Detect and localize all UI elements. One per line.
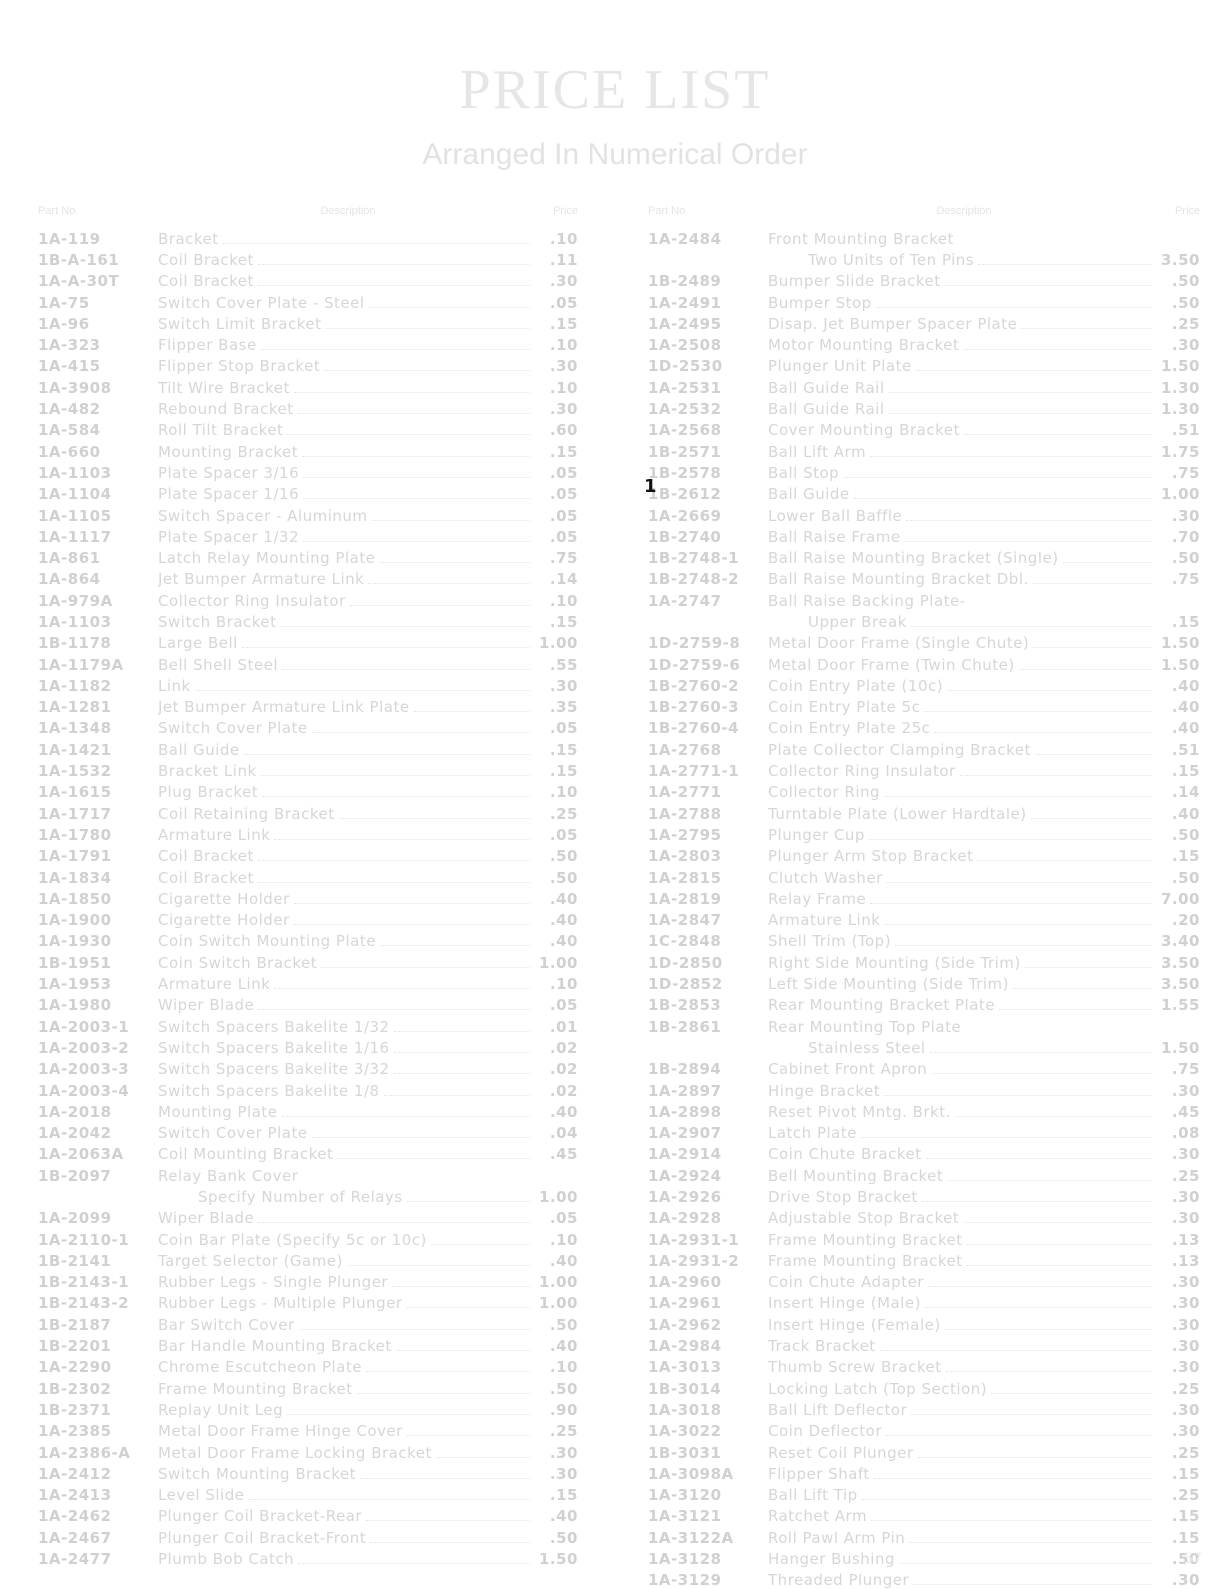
description: Front Mounting Bracket	[768, 230, 954, 248]
table-row: 1A-2003-2Switch Spacers Bakelite 1/16.02	[38, 1037, 578, 1058]
table-row: 1A-1930Coin Switch Mounting Plate.40	[38, 931, 578, 952]
price: .51	[1156, 421, 1200, 439]
price: .40	[534, 890, 578, 908]
description-cell: Target Selector (Game)	[158, 1252, 534, 1270]
description-cell: Ratchet Arm	[768, 1507, 1156, 1525]
table-row: 1A-660Mounting Bracket.15	[38, 441, 578, 462]
part-number: 1A-2003-4	[38, 1082, 158, 1100]
description: Flipper Base	[158, 336, 257, 354]
description: Replay Unit Leg	[158, 1401, 283, 1419]
part-number: 1A-323	[38, 336, 158, 354]
description-cell: Reset Coil Plunger	[768, 1444, 1156, 1462]
description-cell: Coil Mounting Bracket	[158, 1145, 534, 1163]
dot-leader	[324, 362, 530, 371]
table-row: 1A-323Flipper Base.10	[38, 334, 578, 355]
description: Armature Link	[158, 975, 270, 993]
description-cell: Insert Hinge (Female)	[768, 1316, 1156, 1334]
part-number: 1B-2740	[648, 528, 768, 546]
part-number: 1A-2931-1	[648, 1231, 768, 1249]
price: .14	[1156, 783, 1200, 801]
description-cell: Coin Chute Bracket	[768, 1145, 1156, 1163]
table-row: 1B-2861Rear Mounting Top Plate	[648, 1016, 1200, 1037]
column-header: Part No. Description Price	[648, 200, 1200, 222]
price: 7.00	[1156, 890, 1200, 908]
table-row: 1A-2961Insert Hinge (Male).30	[648, 1293, 1200, 1314]
description: Switch Spacers Bakelite 1/32	[158, 1018, 390, 1036]
table-row: 1D-2759-8Metal Door Frame (Single Chute)…	[648, 633, 1200, 654]
description-cell: Locking Latch (Top Section)	[768, 1380, 1156, 1398]
description-cell: Ball Raise Backing Plate-	[768, 592, 1156, 610]
description: Large Bell	[158, 634, 238, 652]
dot-leader	[870, 895, 1152, 904]
price: .70	[1156, 528, 1200, 546]
right-column: Part No. Description Price 1A-2484Front …	[648, 200, 1200, 1589]
description: Wiper Blade	[158, 996, 254, 1014]
dot-leader	[870, 448, 1152, 457]
description-cell: Cabinet Front Apron	[768, 1060, 1156, 1078]
part-number: 1A-2907	[648, 1124, 768, 1142]
part-number: 1B-2760-3	[648, 698, 768, 716]
table-row: 1A-2960Coin Chute Adapter.30	[648, 1272, 1200, 1293]
table-row: 1A-2803Plunger Arm Stop Bracket.15	[648, 846, 1200, 867]
description-cell: Flipper Stop Bracket	[158, 357, 534, 375]
description: Switch Spacers Bakelite 1/8	[158, 1082, 380, 1100]
part-number: 1A-1103	[38, 464, 158, 482]
table-row: Stainless Steel1.50	[648, 1037, 1200, 1058]
table-row: 1A-3129Threaded Plunger.30	[648, 1570, 1200, 1589]
dot-leader	[347, 1257, 530, 1266]
description: Ball Lift Deflector	[768, 1401, 907, 1419]
description-cell: Switch Cover Plate	[158, 1124, 534, 1142]
table-row: 1A-1103Plate Spacer 3/16.05	[38, 462, 578, 483]
description: Latch Relay Mounting Plate	[158, 549, 375, 567]
table-row: 1A-2099Wiper Blade.05	[38, 1208, 578, 1229]
dot-leader	[963, 1214, 1152, 1223]
description: Cigarette Holder	[158, 890, 290, 908]
description-cell: Stainless Steel	[768, 1039, 1156, 1057]
description-cell: Plate Spacer 1/16	[158, 485, 534, 503]
table-row: 1A-2788Turntable Plate (Lower Hardtale).…	[648, 803, 1200, 824]
table-row: 1A-1791Coil Bracket.50	[38, 846, 578, 867]
description-cell: Right Side Mounting (Side Trim)	[768, 954, 1156, 972]
table-row: 1B-2740Ball Raise Frame.70	[648, 526, 1200, 547]
table-row: 1A-2018Mounting Plate.40	[38, 1101, 578, 1122]
part-number: 1A-2924	[648, 1167, 768, 1185]
description: Relay Frame	[768, 890, 866, 908]
table-row: 1A-2926Drive Stop Bracket.30	[648, 1186, 1200, 1207]
dot-leader	[394, 1023, 530, 1032]
dot-leader	[360, 1470, 530, 1479]
table-row: 1A-3128Hanger Bushing.50	[648, 1548, 1200, 1569]
dot-leader	[369, 299, 530, 308]
table-row: 1D-2530Plunger Unit Plate1.50	[648, 356, 1200, 377]
table-row: 1A-3022Coin Deflector.30	[648, 1421, 1200, 1442]
description-cell: Replay Unit Leg	[158, 1401, 534, 1419]
description: Upper Break	[768, 613, 907, 631]
description-cell: Latch Plate	[768, 1124, 1156, 1142]
table-row: 1A-2063ACoil Mounting Bracket.45	[38, 1144, 578, 1165]
table-row: 1A-2386-AMetal Door Frame Locking Bracke…	[38, 1442, 578, 1463]
part-number: 1A-2003-1	[38, 1018, 158, 1036]
description-cell: Switch Spacers Bakelite 1/16	[158, 1039, 534, 1057]
price: 1.75	[1156, 443, 1200, 461]
description-cell: Upper Break	[768, 613, 1156, 631]
description-cell: Two Units of Ten Pins	[768, 251, 1156, 269]
part-number: 1B-2302	[38, 1380, 158, 1398]
table-row: 1B-3014Locking Latch (Top Section).25	[648, 1378, 1200, 1399]
description: Armature Link	[768, 911, 880, 929]
description: Plate Spacer 1/32	[158, 528, 299, 546]
dot-leader	[407, 1427, 530, 1436]
table-row: 1A-2110-1Coin Bar Plate (Specify 5c or 1…	[38, 1229, 578, 1250]
header-part-no: Part No.	[38, 205, 158, 217]
part-number: 1A-1532	[38, 762, 158, 780]
description: Ball Raise Mounting Bracket Dbl.	[768, 570, 1029, 588]
table-row: 1A-2042Switch Cover Plate.04	[38, 1122, 578, 1143]
part-number: 1B-2097	[38, 1167, 158, 1185]
part-number: 1A-2898	[648, 1103, 768, 1121]
table-row: 1A-3121Ratchet Arm.15	[648, 1506, 1200, 1527]
description-cell: Plunger Coil Bracket-Front	[158, 1529, 534, 1547]
part-number: 1B-2571	[648, 443, 768, 461]
price: 3.50	[1156, 954, 1200, 972]
dot-leader	[312, 1129, 530, 1138]
dot-leader	[258, 874, 530, 883]
description-cell: Bumper Slide Bracket	[768, 272, 1156, 290]
description-cell: Rear Mounting Top Plate	[768, 1018, 1156, 1036]
price: .02	[534, 1039, 578, 1057]
description: Bell Mounting Bracket	[768, 1167, 943, 1185]
header-description: Description	[158, 205, 538, 217]
dot-leader	[946, 1363, 1152, 1372]
price: .20	[1156, 911, 1200, 929]
table-row: 1A-2815Clutch Washer.50	[648, 867, 1200, 888]
description-cell: Collector Ring Insulator	[768, 762, 1156, 780]
table-row: 1B-2187Bar Switch Cover.50	[38, 1314, 578, 1335]
part-number: 1A-2462	[38, 1507, 158, 1525]
part-number: 1A-1791	[38, 847, 158, 865]
page-number: 57	[1184, 1551, 1202, 1567]
description-cell: Coil Bracket	[158, 272, 534, 290]
price: .30	[1156, 1209, 1200, 1227]
part-number: 1A-2477	[38, 1550, 158, 1568]
description-cell: Switch Mounting Bracket	[158, 1465, 534, 1483]
description: Switch Spacers Bakelite 1/16	[158, 1039, 390, 1057]
description: Coil Bracket	[158, 847, 254, 865]
description-cell: Armature Link	[158, 826, 534, 844]
description-cell: Rubber Legs - Single Plunger	[158, 1273, 534, 1291]
dot-leader	[884, 916, 1152, 925]
table-row: 1A-2467Plunger Coil Bracket-Front.50	[38, 1527, 578, 1548]
part-number: 1A-2788	[648, 805, 768, 823]
price: .30	[534, 677, 578, 695]
part-number: 1A-1834	[38, 869, 158, 887]
description: Switch Spacers Bakelite 3/32	[158, 1060, 390, 1078]
description-cell: Flipper Shaft	[768, 1465, 1156, 1483]
part-number: 1A-3098A	[648, 1465, 768, 1483]
description: Switch Cover Plate	[158, 1124, 308, 1142]
table-row: 1A-2847Armature Link.20	[648, 910, 1200, 931]
description: Motor Mounting Bracket	[768, 336, 959, 354]
table-row: 1A-1421Ball Guide.15	[38, 739, 578, 760]
price: .11	[534, 251, 578, 269]
description: Cover Mounting Bracket	[768, 421, 960, 439]
dot-leader	[862, 1491, 1152, 1500]
header-part-no: Part No.	[648, 205, 768, 217]
dot-leader	[1019, 661, 1152, 670]
price: .25	[534, 1422, 578, 1440]
part-number: 1A-3908	[38, 379, 158, 397]
page-title: PRICE LIST	[0, 58, 1230, 122]
description: Chrome Escutcheon Plate	[158, 1358, 362, 1376]
dot-leader	[384, 1087, 530, 1096]
price: .30	[1156, 1294, 1200, 1312]
part-number: 1A-2099	[38, 1209, 158, 1227]
description: Ball Guide Rail	[768, 379, 885, 397]
description-cell: Flipper Base	[158, 336, 534, 354]
dot-leader	[999, 1001, 1152, 1010]
table-row: 1B-2853Rear Mounting Bracket Plate1.55	[648, 995, 1200, 1016]
price: .40	[534, 932, 578, 950]
description-cell: Front Mounting Bracket	[768, 230, 1156, 248]
price: .08	[1156, 1124, 1200, 1142]
description: Jet Bumper Armature Link	[158, 570, 364, 588]
dot-leader	[960, 767, 1152, 776]
description: Plate Collector Clamping Bracket	[768, 741, 1031, 759]
price: .15	[534, 1486, 578, 1504]
description: Link	[158, 677, 191, 695]
description-cell: Ball Stop	[768, 464, 1156, 482]
description-cell: Ball Lift Deflector	[768, 1401, 1156, 1419]
table-row: Upper Break.15	[648, 611, 1200, 632]
description-cell: Armature Link	[158, 975, 534, 993]
table-row: 1D-2850Right Side Mounting (Side Trim)3.…	[648, 952, 1200, 973]
description-cell: Cigarette Holder	[158, 911, 534, 929]
description: Thumb Screw Bracket	[768, 1358, 942, 1376]
price: .15	[1156, 1529, 1200, 1547]
part-number: 1B-2861	[648, 1018, 768, 1036]
part-number: 1B-2612	[648, 485, 768, 503]
table-row: 1C-2848Shell Trim (Top)3.40	[648, 931, 1200, 952]
part-number: 1A-3120	[648, 1486, 768, 1504]
description-cell: Cigarette Holder	[158, 890, 534, 908]
description-cell: Coin Entry Plate (10c)	[768, 677, 1156, 695]
description-cell: Left Side Mounting (Side Trim)	[768, 975, 1156, 993]
table-row: 1A-1615Plug Bracket.10	[38, 782, 578, 803]
price: 1.00	[534, 954, 578, 972]
table-row: 1A-2795Plunger Cup.50	[648, 824, 1200, 845]
description-cell: Jet Bumper Armature Link	[158, 570, 534, 588]
description: Jet Bumper Armature Link Plate	[158, 698, 410, 716]
description: Latch Plate	[768, 1124, 857, 1142]
part-number: 1A-119	[38, 230, 158, 248]
description: Ball Raise Frame	[768, 528, 901, 546]
dot-leader	[899, 1555, 1152, 1564]
price: .50	[534, 1380, 578, 1398]
dot-leader	[394, 1065, 530, 1074]
description-cell: Threaded Plunger	[768, 1571, 1156, 1589]
description: Rear Mounting Bracket Plate	[768, 996, 995, 1014]
description: Flipper Stop Bracket	[158, 357, 320, 375]
price: .10	[534, 592, 578, 610]
price: .15	[1156, 613, 1200, 631]
price: 3.40	[1156, 932, 1200, 950]
left-column: Part No. Description Price 1A-119Bracket…	[38, 200, 578, 1570]
dot-leader	[302, 448, 530, 457]
price: .05	[534, 464, 578, 482]
dot-leader	[366, 1363, 530, 1372]
dot-leader	[928, 1278, 1152, 1287]
part-number: 1B-2853	[648, 996, 768, 1014]
description: Two Units of Ten Pins	[768, 251, 974, 269]
dot-leader	[372, 512, 530, 521]
description-cell: Ball Lift Arm	[768, 443, 1156, 461]
price: 1.00	[534, 1188, 578, 1206]
dot-leader	[963, 341, 1152, 350]
part-number: 1A-3129	[648, 1571, 768, 1589]
price: .30	[1156, 1358, 1200, 1376]
table-row: 1A-2897Hinge Bracket.30	[648, 1080, 1200, 1101]
part-number: 1A-1717	[38, 805, 158, 823]
part-number: 1A-1780	[38, 826, 158, 844]
price: .40	[1156, 805, 1200, 823]
table-row: 1A-1182Link.30	[38, 675, 578, 696]
description: Metal Door Frame Locking Bracket	[158, 1444, 432, 1462]
description: Drive Stop Bracket	[768, 1188, 918, 1206]
description-cell: Collector Ring	[768, 783, 1156, 801]
price: .35	[534, 698, 578, 716]
price: .15	[534, 762, 578, 780]
description-cell: Plate Spacer 3/16	[158, 464, 534, 482]
table-row: 1A-3120Ball Lift Tip.25	[648, 1485, 1200, 1506]
description: Reset Pivot Mntg. Brkt.	[768, 1103, 951, 1121]
description-cell: Wiper Blade	[158, 1209, 534, 1227]
table-row: 1A-2385Metal Door Frame Hinge Cover.25	[38, 1421, 578, 1442]
price: .30	[1156, 1337, 1200, 1355]
part-number: 1B-3014	[648, 1380, 768, 1398]
dot-leader	[223, 235, 530, 244]
description-cell: Bumper Stop	[768, 294, 1156, 312]
dot-leader	[967, 1236, 1152, 1245]
dot-leader	[281, 618, 530, 627]
price: 1.30	[1156, 379, 1200, 397]
table-row: 1B-2571Ball Lift Arm1.75	[648, 441, 1200, 462]
part-number: 1A-2508	[648, 336, 768, 354]
description-cell: Large Bell	[158, 634, 534, 652]
dot-leader	[978, 256, 1152, 265]
part-number: 1A-2960	[648, 1273, 768, 1291]
description-cell: Bar Switch Cover	[158, 1316, 534, 1334]
description: Bumper Stop	[768, 294, 872, 312]
price: .25	[534, 805, 578, 823]
dot-leader	[924, 703, 1152, 712]
description: Plunger Coil Bracket-Rear	[158, 1507, 362, 1525]
price: 1.50	[1156, 1039, 1200, 1057]
description-cell: Switch Limit Bracket	[158, 315, 534, 333]
description-cell: Metal Door Frame Locking Bracket	[158, 1444, 534, 1462]
header-price: Price	[538, 205, 578, 217]
part-number: 1A-1281	[38, 698, 158, 716]
dot-leader	[967, 1257, 1152, 1266]
description: Disap. Jet Bumper Spacer Plate	[768, 315, 1017, 333]
dot-leader	[911, 618, 1152, 627]
description-cell: Mounting Plate	[158, 1103, 534, 1121]
price: .51	[1156, 741, 1200, 759]
description: Metal Door Frame (Twin Chute)	[768, 656, 1015, 674]
dot-leader	[294, 916, 530, 925]
price: .04	[534, 1124, 578, 1142]
part-number: 1A-2928	[648, 1209, 768, 1227]
part-number: 1A-482	[38, 400, 158, 418]
dot-leader	[1013, 980, 1152, 989]
description: Frame Mounting Bracket	[768, 1231, 963, 1249]
price: .30	[1156, 1082, 1200, 1100]
table-row: 1A-3018Ball Lift Deflector.30	[648, 1399, 1200, 1420]
part-number: 1A-1930	[38, 932, 158, 950]
description: Tilt Wire Bracket	[158, 379, 290, 397]
price: .30	[1156, 1188, 1200, 1206]
price: .40	[534, 1337, 578, 1355]
dot-leader	[945, 1321, 1152, 1330]
part-number: 1A-1348	[38, 719, 158, 737]
table-row: 1B-2760-4Coin Entry Plate 25c.40	[648, 718, 1200, 739]
price: .40	[1156, 698, 1200, 716]
dot-leader	[303, 469, 530, 478]
description: Clutch Washer	[768, 869, 883, 887]
description-cell: Ball Guide Rail	[768, 379, 1156, 397]
table-row: 1A-2771-1Collector Ring Insulator.15	[648, 760, 1200, 781]
description: Ball Guide	[768, 485, 850, 503]
price: .30	[1156, 1316, 1200, 1334]
part-number: 1A-3022	[648, 1422, 768, 1440]
dot-leader	[436, 1449, 530, 1458]
part-number: 1A-2003-2	[38, 1039, 158, 1057]
description-cell: Motor Mounting Bracket	[768, 336, 1156, 354]
description-cell: Relay Frame	[768, 890, 1156, 908]
description-cell: Plunger Arm Stop Bracket	[768, 847, 1156, 865]
description-cell: Bracket	[158, 230, 534, 248]
description: Reset Coil Plunger	[768, 1444, 914, 1462]
description-cell: Metal Door Frame (Twin Chute)	[768, 656, 1156, 674]
description-cell: Plunger Unit Plate	[768, 357, 1156, 375]
part-number: 1A-979A	[38, 592, 158, 610]
table-row: 1B-2760-3Coin Entry Plate 5c.40	[648, 697, 1200, 718]
price: .05	[534, 826, 578, 844]
description: Plumb Bob Catch	[158, 1550, 294, 1568]
price: .50	[1156, 294, 1200, 312]
dot-leader	[1033, 639, 1152, 648]
table-row: 1A-3122ARoll Pawl Arm Pin.15	[648, 1527, 1200, 1548]
part-number: 1A-1103	[38, 613, 158, 631]
description-cell: Rebound Bracket	[158, 400, 534, 418]
table-row: 1A-1900Cigarette Holder.40	[38, 910, 578, 931]
part-number: 1A-2110-1	[38, 1231, 158, 1249]
price: 1.50	[1156, 656, 1200, 674]
part-number: 1A-2467	[38, 1529, 158, 1547]
part-number: 1A-2962	[648, 1316, 768, 1334]
description: Rear Mounting Top Plate	[768, 1018, 961, 1036]
description-cell: Switch Cover Plate - Steel	[158, 294, 534, 312]
description: Collector Ring	[768, 783, 880, 801]
price: .60	[534, 421, 578, 439]
price: .50	[534, 1529, 578, 1547]
description-cell: Switch Spacers Bakelite 1/8	[158, 1082, 534, 1100]
table-row: Specify Number of Relays1.00	[38, 1186, 578, 1207]
description: Switch Mounting Bracket	[158, 1465, 356, 1483]
header-price: Price	[1160, 205, 1200, 217]
description: Plate Spacer 3/16	[158, 464, 299, 482]
table-row: 1B-2894Cabinet Front Apron.75	[648, 1059, 1200, 1080]
